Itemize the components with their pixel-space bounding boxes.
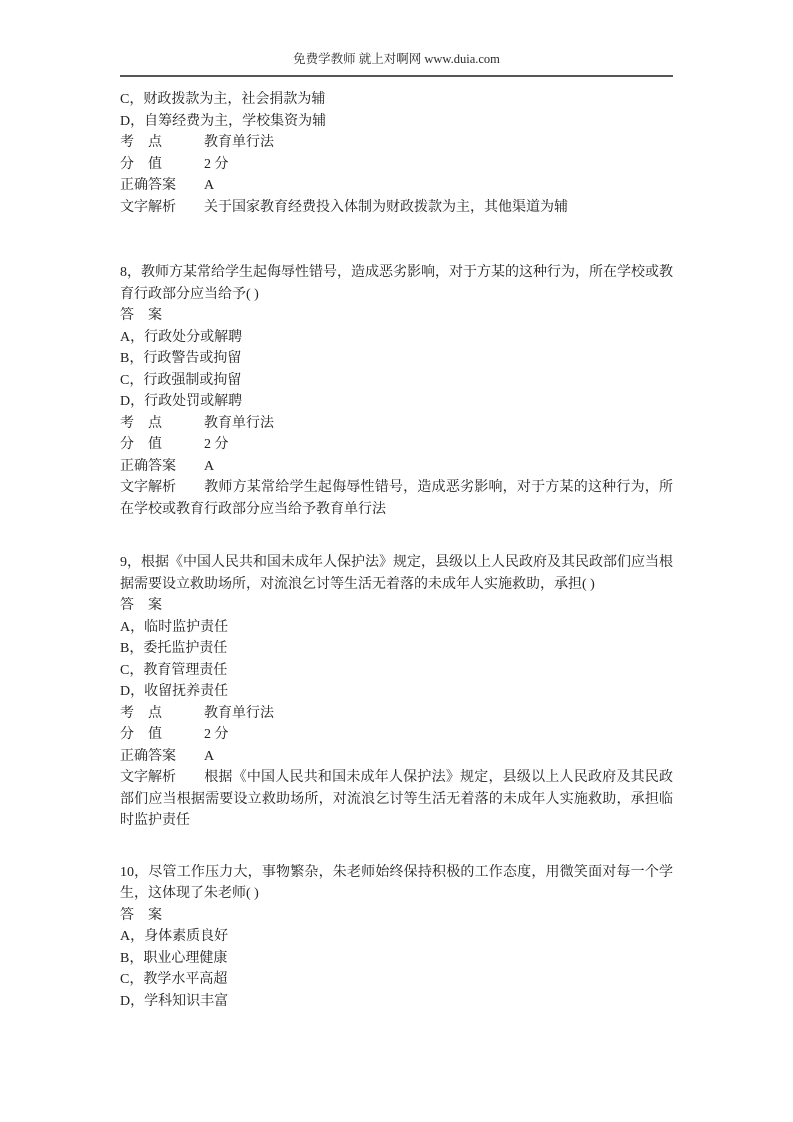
detail-label: 文字解析 xyxy=(120,767,204,789)
option-b: B，职业心理健康 xyxy=(120,948,673,970)
question-block-8: 8，教师方某常给学生起侮辱性错号，造成恶劣影响，对于方某的这种行为，所在学校或教… xyxy=(120,262,673,520)
detail-value: A xyxy=(204,749,214,764)
detail-value: A xyxy=(204,459,214,474)
answer-label-row: 答 案 xyxy=(120,905,673,927)
answer-label: 答 案 xyxy=(120,595,204,617)
question-text: 8，教师方某常给学生起侮辱性错号，造成恶劣影响，对于方某的这种行为，所在学校或教… xyxy=(120,262,673,305)
option-a: A，临时监护责任 xyxy=(120,617,673,639)
detail-row-score: 分 值2 分 xyxy=(120,434,673,456)
page-header: 免费学教师 就上对啊网 www.duia.com xyxy=(120,0,673,77)
question-block-9: 9，根据《中国人民共和国未成年人保护法》规定，县级以上人民政府及其民政部们应当根… xyxy=(120,552,673,832)
detail-row-analysis: 文字解析根据《中国人民共和国未成年人保护法》规定，县级以上人民政府及其民政部们应… xyxy=(120,767,673,832)
header-divider xyxy=(120,75,673,77)
detail-label: 正确答案 xyxy=(120,175,204,197)
detail-row-correct-answer: 正确答案A xyxy=(120,746,673,768)
option-d: D，行政处罚或解聘 xyxy=(120,391,673,413)
detail-label: 考 点 xyxy=(120,703,204,725)
detail-label: 考 点 xyxy=(120,413,204,435)
answer-label-row: 答 案 xyxy=(120,305,673,327)
detail-row-exam-point: 考 点教育单行法 xyxy=(120,132,673,154)
option-c: C，教育管理责任 xyxy=(120,660,673,682)
header-site-text: 免费学教师 就上对啊网 www.duia.com xyxy=(120,52,673,67)
answer-label-row: 答 案 xyxy=(120,595,673,617)
detail-value: 关于国家教育经费投入体制为财政拨款为主，其他渠道为辅 xyxy=(204,200,568,215)
option-d: D，自筹经费为主，学校集资为辅 xyxy=(120,111,673,133)
option-c: C，财政拨款为主，社会捐款为辅 xyxy=(120,89,673,111)
document-content: C，财政拨款为主，社会捐款为辅 D，自筹经费为主，学校集资为辅 考 点教育单行法… xyxy=(120,89,673,1012)
detail-label: 文字解析 xyxy=(120,477,204,499)
detail-label: 分 值 xyxy=(120,434,204,456)
detail-row-exam-point: 考 点教育单行法 xyxy=(120,413,673,435)
question-text: 10，尽管工作压力大，事物繁杂，朱老师始终保持积极的工作态度，用微笑面对每一个学… xyxy=(120,862,673,905)
question-text: 9，根据《中国人民共和国未成年人保护法》规定，县级以上人民政府及其民政部们应当根… xyxy=(120,552,673,595)
detail-row-score: 分 值2 分 xyxy=(120,154,673,176)
option-b: B，委托监护责任 xyxy=(120,638,673,660)
detail-row-analysis: 文字解析关于国家教育经费投入体制为财政拨款为主，其他渠道为辅 xyxy=(120,197,673,219)
question-block-10: 10，尽管工作压力大，事物繁杂，朱老师始终保持积极的工作态度，用微笑面对每一个学… xyxy=(120,862,673,1013)
option-a: A，行政处分或解聘 xyxy=(120,327,673,349)
detail-value: 2 分 xyxy=(204,157,229,172)
detail-row-correct-answer: 正确答案A xyxy=(120,175,673,197)
detail-label: 分 值 xyxy=(120,154,204,176)
option-d: D，收留抚养责任 xyxy=(120,681,673,703)
detail-label: 正确答案 xyxy=(120,456,204,478)
option-b: B，行政警告或拘留 xyxy=(120,348,673,370)
detail-value: A xyxy=(204,178,214,193)
option-c: C，行政强制或拘留 xyxy=(120,370,673,392)
answer-label: 答 案 xyxy=(120,305,204,327)
detail-label: 文字解析 xyxy=(120,197,204,219)
document-page: 免费学教师 就上对啊网 www.duia.com C，财政拨款为主，社会捐款为辅… xyxy=(0,0,793,1122)
question-block-7-continued: C，财政拨款为主，社会捐款为辅 D，自筹经费为主，学校集资为辅 考 点教育单行法… xyxy=(120,89,673,218)
detail-value: 教育单行法 xyxy=(204,135,274,150)
detail-value: 2 分 xyxy=(204,727,229,742)
detail-row-correct-answer: 正确答案A xyxy=(120,456,673,478)
detail-row-score: 分 值2 分 xyxy=(120,724,673,746)
detail-value: 2 分 xyxy=(204,437,229,452)
option-a: A，身体素质良好 xyxy=(120,926,673,948)
detail-label: 分 值 xyxy=(120,724,204,746)
detail-label: 正确答案 xyxy=(120,746,204,768)
option-c: C，教学水平高超 xyxy=(120,969,673,991)
detail-value: 教育单行法 xyxy=(204,416,274,431)
detail-row-analysis: 文字解析教师方某常给学生起侮辱性错号，造成恶劣影响，对于方某的这种行为，所在学校… xyxy=(120,477,673,520)
detail-row-exam-point: 考 点教育单行法 xyxy=(120,703,673,725)
option-d: D，学科知识丰富 xyxy=(120,991,673,1013)
detail-value: 教育单行法 xyxy=(204,706,274,721)
answer-label: 答 案 xyxy=(120,905,204,927)
detail-label: 考 点 xyxy=(120,132,204,154)
